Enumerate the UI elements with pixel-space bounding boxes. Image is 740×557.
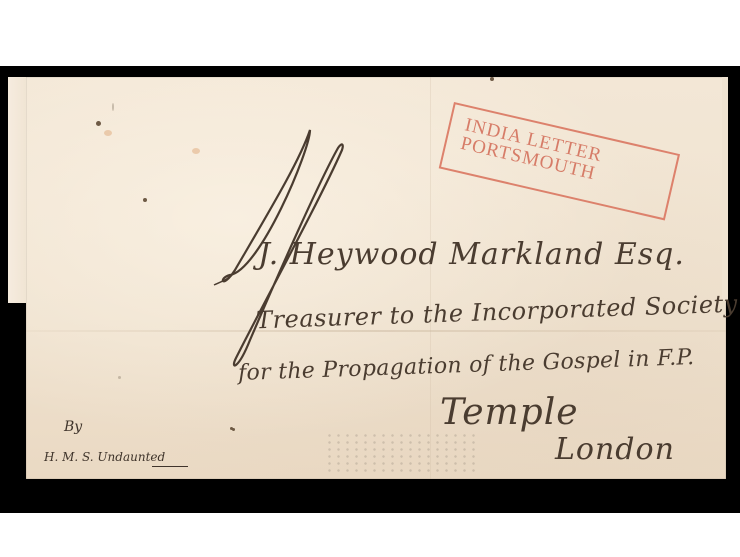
addressee-name: J. Heywood Markland Esq. <box>258 237 685 272</box>
vertical-fold-line <box>430 77 431 479</box>
paper-speck <box>143 198 147 202</box>
endorsement-underline <box>152 466 188 467</box>
paper-speck <box>118 376 121 379</box>
address-london: London <box>555 432 675 467</box>
paper-flap-right <box>722 77 728 300</box>
paper-speck <box>112 103 114 111</box>
foxing-spot <box>192 148 200 154</box>
endorsement-by: By <box>64 419 82 435</box>
paper-speck <box>96 121 101 126</box>
paper-speck <box>490 77 494 81</box>
paper-speck <box>232 428 235 431</box>
endorsement-ship-name: H. M. S. Undaunted <box>44 450 165 464</box>
foxing-spot <box>104 130 112 136</box>
address-temple: Temple <box>440 392 579 433</box>
faint-postmark <box>325 432 475 472</box>
